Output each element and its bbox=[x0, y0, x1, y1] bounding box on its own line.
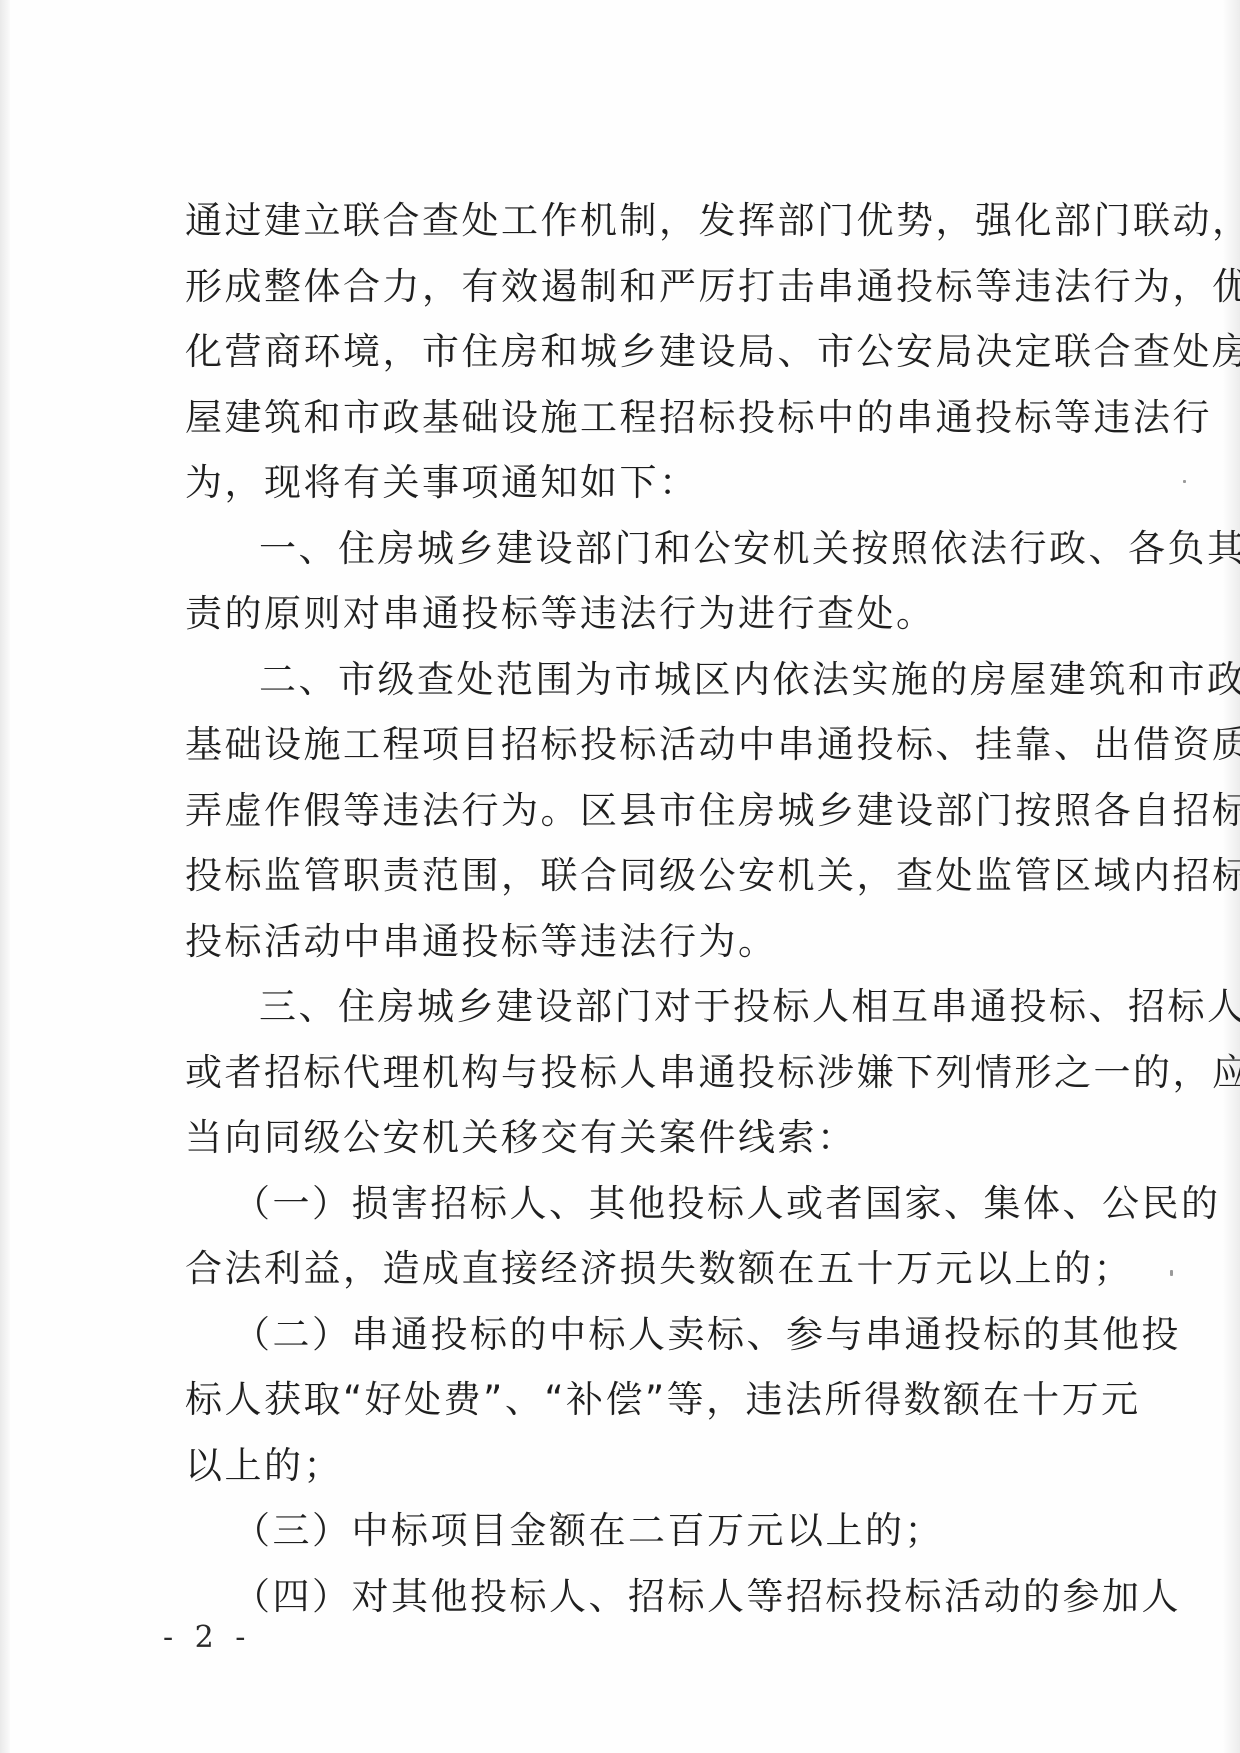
section-two-line: 二、市级查处范围为市城区内依法实施的房屋建筑和市政 bbox=[185, 647, 1065, 713]
clause-two-line: 以上的； bbox=[185, 1433, 1065, 1499]
section-three-line: 当向同级公安机关移交有关案件线索： bbox=[185, 1105, 1065, 1171]
section-three-line: 三、住房城乡建设部门对于投标人相互串通投标、招标人 bbox=[185, 974, 1065, 1040]
paragraph-line: 通过建立联合查处工作机制，发挥部门优势，强化部门联动， bbox=[185, 188, 1065, 254]
section-one-line: 责的原则对串通投标等违法行为进行查处。 bbox=[185, 581, 1065, 647]
page-number: - 2 - bbox=[163, 1620, 251, 1655]
paragraph-line: 化营商环境，市住房和城乡建设局、市公安局决定联合查处房 bbox=[185, 319, 1065, 385]
clause-two-line: 标人获取“好处费”、“补偿”等，违法所得数额在十万元 bbox=[185, 1367, 1065, 1433]
scan-edge-left bbox=[0, 0, 10, 1753]
clause-two-line: （二）串通投标的中标人卖标、参与串通投标的其他投 bbox=[185, 1302, 1065, 1368]
section-two-line: 弄虚作假等违法行为。区县市住房城乡建设部门按照各自招标 bbox=[185, 778, 1065, 844]
clause-one-line: 合法利益，造成直接经济损失数额在五十万元以上的； bbox=[185, 1236, 1065, 1302]
clause-three-line: （三）中标项目金额在二百万元以上的； bbox=[185, 1498, 1065, 1564]
paragraph-line: 为，现将有关事项通知如下： bbox=[185, 450, 1065, 516]
document-body: 通过建立联合查处工作机制，发挥部门优势，强化部门联动， 形成整体合力，有效遏制和… bbox=[185, 188, 1065, 1629]
clause-one-line: （一）损害招标人、其他投标人或者国家、集体、公民的 bbox=[185, 1171, 1065, 1237]
section-three-line: 或者招标代理机构与投标人串通投标涉嫌下列情形之一的，应 bbox=[185, 1040, 1065, 1106]
scan-speck bbox=[1183, 480, 1186, 483]
paragraph-line: 屋建筑和市政基础设施工程招标投标中的串通投标等违法行 bbox=[185, 385, 1065, 451]
paragraph-line: 形成整体合力，有效遏制和严厉打击串通投标等违法行为，优 bbox=[185, 254, 1065, 320]
section-one-line: 一、住房城乡建设部门和公安机关按照依法行政、各负其 bbox=[185, 516, 1065, 582]
section-two-line: 基础设施工程项目招标投标活动中串通投标、挂靠、出借资质、 bbox=[185, 712, 1065, 778]
clause-four-line: （四）对其他投标人、招标人等招标投标活动的参加人 bbox=[185, 1564, 1065, 1630]
document-page: 通过建立联合查处工作机制，发挥部门优势，强化部门联动， 形成整体合力，有效遏制和… bbox=[0, 0, 1240, 1753]
scan-speck bbox=[1170, 1270, 1173, 1276]
section-two-line: 投标活动中串通投标等违法行为。 bbox=[185, 909, 1065, 975]
section-two-line: 投标监管职责范围，联合同级公安机关，查处监管区域内招标 bbox=[185, 843, 1065, 909]
